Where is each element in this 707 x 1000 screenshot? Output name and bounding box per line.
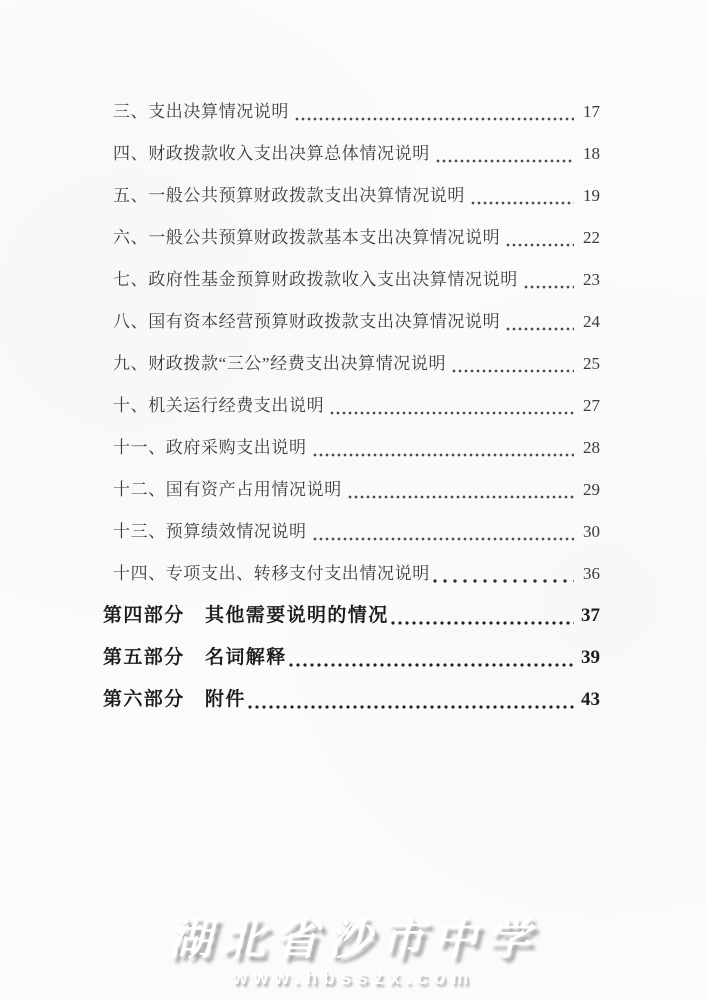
toc-entry-page-number: 29: [578, 469, 600, 511]
toc-entry-label: 四、财政拨款收入支出决算总体情况说明: [113, 133, 430, 175]
toc-entry: 九、财政拨款“三公”经费支出决算情况说明25: [103, 343, 600, 385]
toc-entry-page-number: 36: [578, 553, 600, 595]
toc-entry-label: 第五部分 名词解释: [103, 637, 287, 679]
toc-entry: 八、国有资本经营预算财政拨款支出决算情况说明24: [103, 301, 600, 343]
toc-entry-page-number: 28: [578, 427, 600, 469]
toc-entry-label: 五、一般公共预算财政拨款支出决算情况说明: [113, 175, 465, 217]
dot-leader: [330, 385, 574, 427]
toc-entry: 七、政府性基金预算财政拨款收入支出决算情况说明23: [103, 259, 600, 301]
dot-leader: [506, 301, 574, 343]
watermark-school-name: 湖北省沙市中学: [0, 903, 707, 967]
document-page: 三、支出决算情况说明17四、财政拨款收入支出决算总体情况说明18五、一般公共预算…: [0, 0, 707, 1000]
dot-leader: [391, 595, 574, 637]
toc-entry: 五、一般公共预算财政拨款支出决算情况说明19: [103, 175, 600, 217]
toc-entry-page-number: 19: [578, 175, 600, 217]
toc-entry-page-number: 17: [578, 91, 600, 133]
toc-entry: 十二、国有资产占用情况说明29: [103, 469, 600, 511]
toc-entry-label: 十四、专项支出、转移支付支出情况说明: [113, 553, 430, 595]
toc-entry: 十四、专项支出、转移支付支出情况说明36: [103, 553, 600, 595]
toc-entry: 四、财政拨款收入支出决算总体情况说明18: [103, 133, 600, 175]
toc-entry: 三、支出决算情况说明17: [103, 91, 600, 133]
toc-entry: 第五部分 名词解释39: [103, 637, 600, 679]
toc-entry: 第四部分 其他需要说明的情况37: [103, 595, 600, 637]
dot-leader: [471, 175, 574, 217]
dot-leader: [506, 217, 574, 259]
toc-entry: 六、一般公共预算财政拨款基本支出决算情况说明22: [103, 217, 600, 259]
toc-entry-page-number: 30: [578, 511, 600, 553]
toc-entry-label: 十三、预算绩效情况说明: [113, 511, 307, 553]
toc-entry-page-number: 23: [578, 259, 600, 301]
toc-entry-label: 十一、政府采购支出说明: [113, 427, 307, 469]
toc-entry-page-number: 18: [578, 133, 600, 175]
toc-entry-page-number: 27: [578, 385, 600, 427]
dot-leader: [348, 469, 574, 511]
toc-entry: 十三、预算绩效情况说明30: [103, 511, 600, 553]
dot-leader: [452, 343, 574, 385]
dot-leader: [313, 427, 574, 469]
toc-entry-label: 十二、国有资产占用情况说明: [113, 469, 342, 511]
toc-entry-label: 九、财政拨款“三公”经费支出决算情况说明: [113, 343, 446, 385]
toc-entry-page-number: 24: [578, 301, 600, 343]
toc-entry-label: 三、支出决算情况说明: [113, 91, 289, 133]
toc-entry-page-number: 43: [578, 679, 600, 721]
dot-leader: [436, 133, 574, 175]
toc-entry: 第六部分 附件43: [103, 679, 600, 721]
toc-entry: 十一、政府采购支出说明28: [103, 427, 600, 469]
toc-entry-label: 第四部分 其他需要说明的情况: [103, 595, 389, 637]
toc-entry-label: 七、政府性基金预算财政拨款收入支出决算情况说明: [113, 259, 518, 301]
toc-entry: 十、机关运行经费支出说明27: [103, 385, 600, 427]
toc-entry-page-number: 37: [578, 595, 600, 637]
toc-entry-page-number: 25: [578, 343, 600, 385]
toc-entry-label: 第六部分 附件: [103, 679, 246, 721]
dot-leader: [248, 679, 574, 721]
watermark: 湖北省沙市中学 www.hbsszx.com: [0, 903, 707, 990]
toc-entry-label: 六、一般公共预算财政拨款基本支出决算情况说明: [113, 217, 500, 259]
toc-entry-page-number: 22: [578, 217, 600, 259]
toc-entry-label: 八、国有资本经营预算财政拨款支出决算情况说明: [113, 301, 500, 343]
dot-leader: [289, 637, 574, 679]
table-of-contents: 三、支出决算情况说明17四、财政拨款收入支出决算总体情况说明18五、一般公共预算…: [103, 91, 600, 721]
dot-leader: [524, 259, 574, 301]
dot-leader: [295, 91, 574, 133]
dot-leader: [432, 553, 574, 595]
dot-leader: [313, 511, 574, 553]
toc-entry-label: 十、机关运行经费支出说明: [113, 385, 324, 427]
toc-entry-page-number: 39: [578, 637, 600, 679]
watermark-url: www.hbsszx.com: [0, 968, 707, 990]
